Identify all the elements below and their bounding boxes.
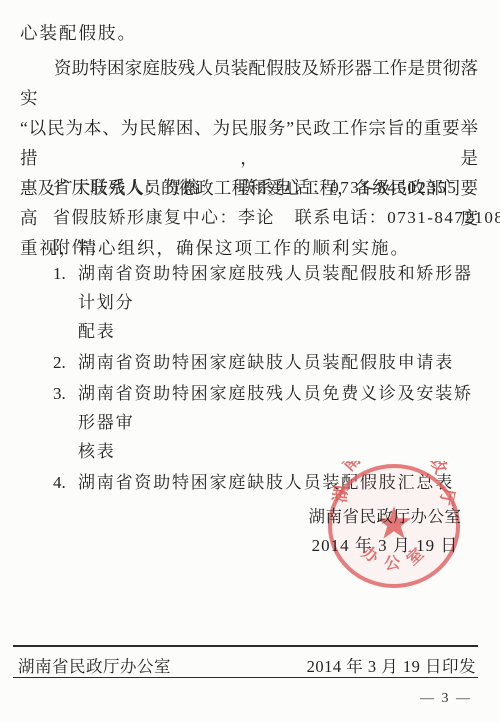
contact-phone: 联系电话：0731-84721083 [295, 208, 500, 227]
contact-name: 省假肢矫形康复中心：李论 [53, 203, 289, 233]
footer-rule-top [13, 645, 478, 647]
attachment-text-line: 湖南省资助特困家庭缺肢人员装配假肢申请表 [78, 348, 477, 377]
contact-phone: 联系电话：0731-84502355 [238, 178, 458, 197]
contact-name: 省厅联系人：贺榕 [53, 173, 232, 203]
document-page: 心装配假肢。 资助特困家庭肢残人员装配假肢及矫形器工作是贯彻落实 “以民为本、为… [0, 0, 500, 722]
footer-print-date: 2014 年 3 月 19 日印发 [307, 653, 476, 677]
attachment-text-line: 配表 [78, 317, 477, 346]
attachment-number: 3. [53, 379, 78, 466]
attachment-number: 2. [53, 348, 78, 377]
attachment-item: 1. 湖南省资助特困家庭肢残人员装配假肢和矫形器计划分 配表 [53, 259, 477, 346]
footer-issuer: 湖南省民政厅办公室 [18, 653, 171, 677]
body-line: 心装配假肢。 [20, 18, 478, 48]
attachment-number: 1. [53, 259, 78, 346]
attachment-number: 4. [53, 468, 78, 497]
page-number: — 3 — [420, 691, 472, 707]
body-line: 资助特困家庭肢残人员装配假肢及矫形器工作是贯彻落实 [20, 53, 478, 113]
attachment-item: 2. 湖南省资助特困家庭缺肢人员装配假肢申请表 [53, 348, 477, 377]
attachment-text-line: 湖南省资助特困家庭肢残人员装配假肢和矫形器计划分 [78, 259, 477, 317]
signature-org: 湖南省民政厅办公室 [283, 503, 487, 527]
attachment-text: 湖南省资助特困家庭缺肢人员装配假肢申请表 [78, 348, 477, 377]
contacts-block: 省厅联系人：贺榕 联系电话：0731-84502355 省假肢矫形康复中心：李论… [53, 173, 483, 263]
attachment-text-line: 湖南省资助特困家庭肢残人员免费义诊及安装矫形器审 [78, 379, 477, 437]
contact-row: 省厅联系人：贺榕 联系电话：0731-84502355 [53, 173, 483, 203]
attachment-text: 湖南省资助特困家庭肢残人员免费义诊及安装矫形器审 核表 [78, 379, 477, 466]
attachment-text: 湖南省资助特困家庭肢残人员装配假肢和矫形器计划分 配表 [78, 259, 477, 346]
body-line: “以民为本、为民解困、为民服务”民政工作宗旨的重要举措，是 [20, 113, 478, 173]
attachment-item: 3. 湖南省资助特困家庭肢残人员免费义诊及安装矫形器审 核表 [53, 379, 477, 466]
signature-date: 2014 年 3 月 19 日 [283, 531, 487, 556]
footer-row: 湖南省民政厅办公室 2014 年 3 月 19 日印发 [18, 653, 476, 677]
contact-row: 省假肢矫形康复中心：李论 联系电话：0731-84721083 [53, 203, 483, 233]
footer-rule-bottom [13, 677, 478, 678]
